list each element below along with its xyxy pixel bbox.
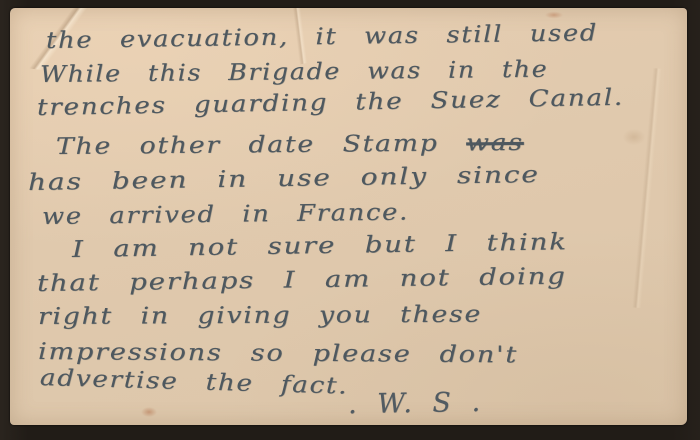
handwritten-line-8: that perhaps I am not doing [37,264,567,297]
paper-stain-mid-right [619,126,649,148]
handwritten-line-11: advertise the fact. [40,365,349,400]
paper-stain-bottom-left [138,405,160,419]
handwritten-line-2: While this Brigade was in the [40,57,549,88]
paper-crease-right [627,67,666,308]
handwritten-line-9: right in giving you these [38,302,482,330]
handwritten-line-7: I am not sure but I think [72,229,568,263]
handwritten-line-3: trenches guarding the Suez Canal. [37,85,624,121]
handwritten-line-6: we arrived in France. [42,200,409,230]
paper-stain-top-right [541,10,567,20]
handwritten-line-5: has been in use only since [28,162,540,196]
handwritten-line-4: The other date Stamp was [56,130,524,160]
line-4-text: The other date Stamp [56,130,466,160]
handwritten-line-1: the evacuation, it was still used [46,20,598,54]
postcard: the evacuation, it was still used While … [10,8,687,425]
handwritten-line-10: impressions so please don't [38,339,518,368]
signature: . W. S . [348,387,484,420]
struck-word: was [466,130,524,157]
